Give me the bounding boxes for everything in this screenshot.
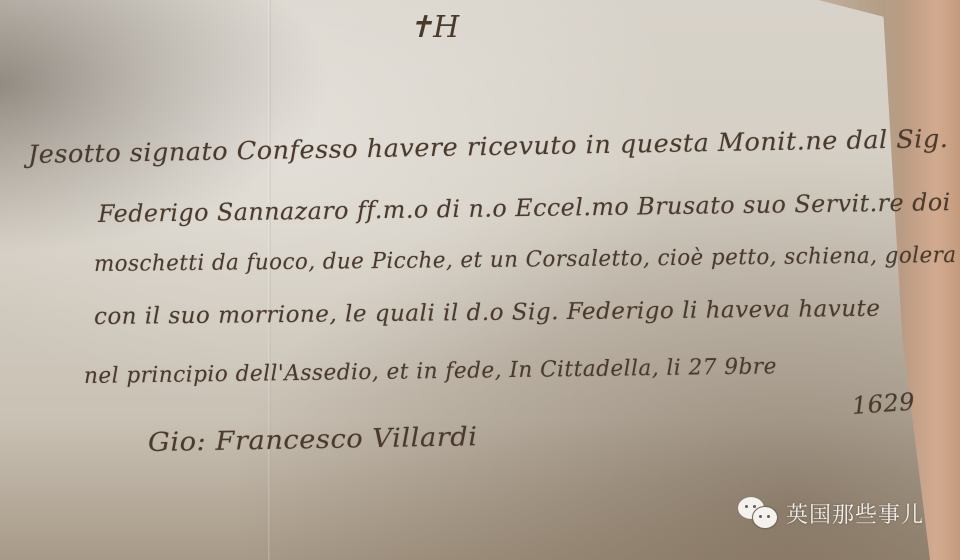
- header-mark: ✝H: [408, 10, 459, 45]
- wechat-icon: [738, 497, 778, 529]
- manuscript-signature: Gio: Francesco Villardi: [148, 422, 478, 458]
- watermark: 英国那些事儿: [738, 497, 924, 529]
- manuscript-paper: [0, 0, 930, 560]
- paper-fold: [268, 0, 271, 560]
- manuscript-date-year: 1629: [851, 388, 916, 420]
- watermark-text: 英国那些事儿: [786, 498, 924, 529]
